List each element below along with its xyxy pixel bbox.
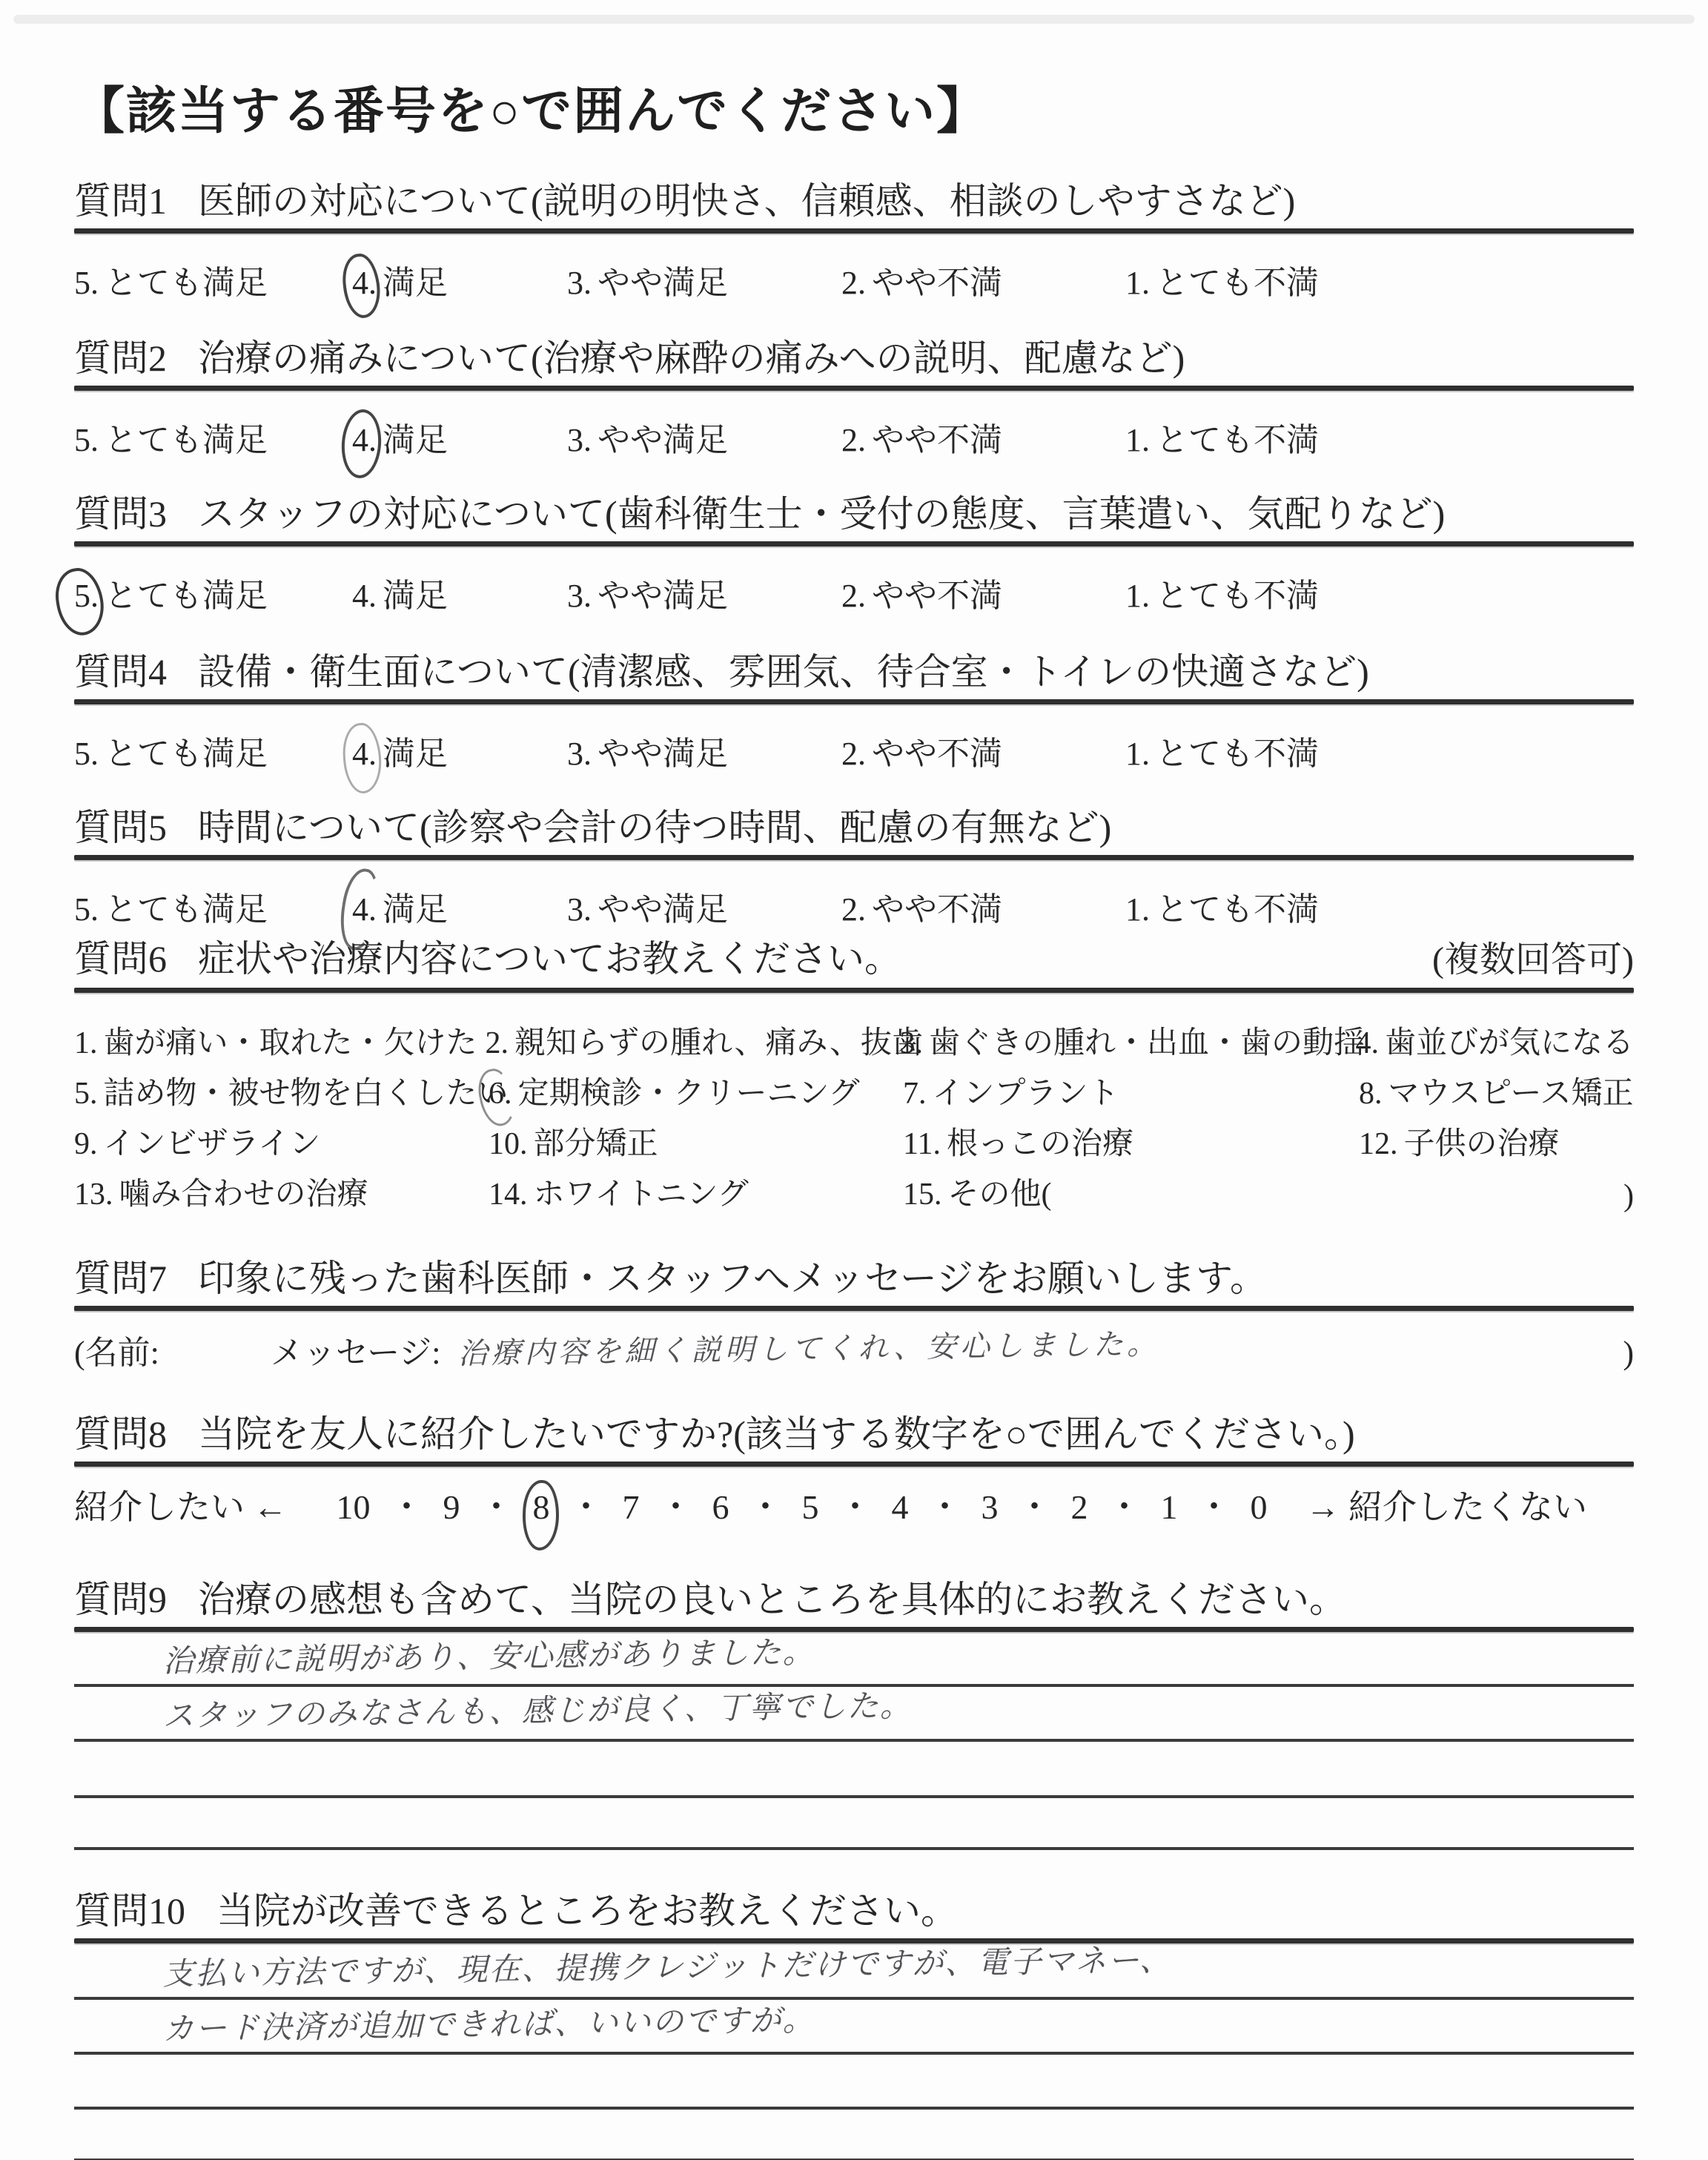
rating-option: 1.とても不満 bbox=[1125, 413, 1319, 460]
header-rule bbox=[74, 988, 1634, 993]
question-text: 時間について(診察や会計の待つ時間、配慮の有無など) bbox=[198, 805, 1111, 851]
option-label: 満足 bbox=[383, 578, 448, 614]
closing-paren: ) bbox=[1623, 1334, 1634, 1372]
nps-dot: ・ bbox=[928, 1480, 962, 1529]
nps-dot: ・ bbox=[569, 1480, 603, 1529]
handwritten-answer: カード決済が追加できれば、いいのですが。 bbox=[73, 1995, 815, 2050]
other-close-paren: ) bbox=[1623, 1178, 1634, 1214]
rating-option: 4.満足 bbox=[352, 569, 567, 616]
question-text: 印象に残った歯科医師・スタッフへメッセージをお願いします。 bbox=[198, 1255, 1267, 1301]
question-header: 質問5 時間について(診察や会計の待つ時間、配慮の有無など) bbox=[74, 805, 1634, 851]
header-rule bbox=[74, 1627, 1634, 1632]
rating-option: 4.満足 bbox=[352, 256, 567, 303]
item-number: 7. bbox=[903, 1077, 927, 1111]
rating-option: 3.やや満足 bbox=[567, 569, 841, 616]
option-number: 3. bbox=[567, 736, 592, 772]
option-label: 満足 bbox=[383, 891, 448, 928]
rating-option: 5.とても満足 bbox=[74, 413, 352, 460]
option-label: やや満足 bbox=[598, 891, 728, 928]
question-label: 質問6 bbox=[74, 936, 167, 982]
option-label: とても不満 bbox=[1156, 265, 1319, 301]
option-label: とても満足 bbox=[105, 578, 268, 614]
question-text: 治療の痛みについて(治療や麻酔の痛みへの説明、配慮など) bbox=[198, 335, 1185, 381]
option-label: やや満足 bbox=[598, 578, 728, 614]
option-label: 満足 bbox=[383, 736, 448, 772]
message-row: (名前: メッセージ: 治療内容を細く説明してくれ、安心しました。 ) bbox=[74, 1311, 1634, 1374]
header-rule bbox=[74, 855, 1634, 860]
option-number: 2. bbox=[841, 422, 866, 458]
rating-option: 1.とても不満 bbox=[1125, 727, 1319, 774]
selection-circle: 4. bbox=[352, 264, 377, 302]
rating-option: 3.やや満足 bbox=[567, 727, 841, 774]
header-rule bbox=[74, 1462, 1634, 1467]
option-label: とても不満 bbox=[1156, 736, 1319, 772]
symptom-item: 7.インプラント bbox=[903, 1069, 1359, 1113]
header-rule bbox=[74, 541, 1634, 546]
selection-circle: 6. bbox=[489, 1076, 512, 1112]
question-header: 質問4 設備・衛生面について(清潔感、雰囲気、待合室・トイレの快適さなど) bbox=[74, 649, 1634, 695]
rating-option: 2.やや不満 bbox=[841, 727, 1125, 774]
option-number: 3. bbox=[567, 891, 592, 928]
symptom-item: 10.部分矯正 bbox=[489, 1119, 903, 1163]
question-8-block: 質問8 当院を友人に紹介したいですか?(該当する数字を○で囲んでください。) 紹… bbox=[74, 1411, 1634, 1529]
rating-option: 5.とても満足 bbox=[74, 882, 352, 930]
question-label: 質問9 bbox=[74, 1576, 167, 1622]
question-header: 質問2 治療の痛みについて(治療や麻酔の痛みへの説明、配慮など) bbox=[74, 335, 1634, 381]
selection-circle: 4. bbox=[352, 735, 377, 773]
question-header: 質問10 当院が改善できるところをお教えください。 bbox=[74, 1888, 1634, 1934]
message-field-label: メッセージ: bbox=[271, 1326, 441, 1373]
nps-number: 3 bbox=[982, 1487, 999, 1527]
item-number: 5. bbox=[74, 1077, 98, 1111]
item-number: 9. bbox=[74, 1127, 98, 1161]
nps-number: 2 bbox=[1071, 1487, 1088, 1527]
item-label: 子供の治療 bbox=[1404, 1127, 1560, 1161]
item-label: インビザライン bbox=[104, 1127, 321, 1161]
item-number: 10. bbox=[489, 1127, 528, 1161]
item-label: インプラント bbox=[933, 1077, 1119, 1111]
symptom-item: 5.詰め物・被せ物を白くしたい bbox=[74, 1069, 489, 1113]
item-number: 11. bbox=[903, 1127, 941, 1161]
rating-option: 1.とても不満 bbox=[1125, 882, 1319, 930]
rating-option: 3.やや満足 bbox=[567, 256, 841, 303]
option-number: 1. bbox=[1125, 891, 1150, 928]
option-number: 5. bbox=[74, 422, 99, 458]
item-number: 8. bbox=[1359, 1077, 1383, 1111]
scan-artifact-line bbox=[13, 15, 1695, 24]
option-number: 3. bbox=[567, 578, 592, 614]
symptom-row: 5.詰め物・被せ物を白くしたい 6.定期検診・クリーニング 7.インプラント 8… bbox=[74, 1063, 1634, 1113]
option-number: 3. bbox=[567, 265, 592, 301]
option-label: とても満足 bbox=[105, 265, 268, 301]
nps-number: 4 bbox=[892, 1487, 909, 1527]
option-number: 2. bbox=[841, 265, 866, 301]
question-text: 当院が改善できるところをお教えください。 bbox=[216, 1888, 958, 1934]
rating-option: 2.やや不満 bbox=[841, 413, 1125, 460]
rating-options-row: 5.とても満足 4.満足 3.やや満足 2.やや不満 1.とても不満 bbox=[74, 546, 1634, 616]
symptom-row: 1.歯が痛い・取れた・欠けた 2.親知らずの腫れ、痛み、抜歯 3.歯ぐきの腫れ・… bbox=[74, 1012, 1634, 1063]
option-label: やや不満 bbox=[872, 578, 1002, 614]
option-label: とても満足 bbox=[105, 422, 268, 458]
rating-option: 4.満足 bbox=[352, 413, 567, 460]
question-header: 質問8 当院を友人に紹介したいですか?(該当する数字を○で囲んでください。) bbox=[74, 1411, 1634, 1457]
nps-dot: ・ bbox=[838, 1480, 873, 1529]
answer-line: 支払い方法ですが、現在、提携クレジットだけですが、電子マネー、 bbox=[74, 1943, 1634, 2000]
item-label: 部分矯正 bbox=[534, 1127, 658, 1161]
question-text: 設備・衛生面について(清潔感、雰囲気、待合室・トイレの快適さなど) bbox=[198, 649, 1369, 695]
nps-number: 7 bbox=[623, 1487, 640, 1527]
option-number: 1. bbox=[1125, 578, 1150, 614]
item-label: 親知らずの腫れ、痛み、抜歯 bbox=[514, 1026, 923, 1060]
question-10-block: 質問10 当院が改善できるところをお教えください。 支払い方法ですが、現在、提携… bbox=[74, 1888, 1634, 2160]
question-label: 質問3 bbox=[74, 491, 167, 537]
option-label: 満足 bbox=[383, 265, 448, 301]
nps-dot: ・ bbox=[1108, 1480, 1142, 1529]
item-number: 1. bbox=[74, 1026, 98, 1060]
selection-circle: 5. bbox=[74, 577, 99, 615]
item-number: 13. bbox=[74, 1178, 113, 1212]
answer-line bbox=[74, 2110, 1634, 2160]
survey-page: 【該当する番号を○で囲んでください】 質問1 医師の対応について(説明の明快さ、… bbox=[0, 0, 1708, 2160]
nps-number: 9 bbox=[443, 1487, 460, 1527]
question-7-block: 質問7 印象に残った歯科医師・スタッフへメッセージをお願いします。 (名前: メ… bbox=[74, 1255, 1634, 1374]
header-rule bbox=[74, 699, 1634, 704]
symptom-item: 8.マウスピース矯正 bbox=[1359, 1069, 1633, 1113]
nps-dot: ・ bbox=[1197, 1480, 1231, 1529]
symptom-item: 2.親知らずの腫れ、痛み、抜歯 bbox=[485, 1018, 899, 1063]
symptom-row: 9.インビザライン 10.部分矯正 11.根っこの治療 12.子供の治療 bbox=[74, 1113, 1634, 1163]
rating-option: 1.とても不満 bbox=[1125, 256, 1319, 303]
nps-number: 1 bbox=[1161, 1487, 1178, 1527]
nps-dot: ・ bbox=[659, 1480, 693, 1529]
option-label: やや満足 bbox=[598, 422, 728, 458]
option-label: やや不満 bbox=[872, 891, 1002, 928]
question-text: 医師の対応について(説明の明快さ、信頼感、相談のしやすさなど) bbox=[198, 178, 1295, 224]
answer-line bbox=[74, 1798, 1634, 1850]
option-label: とても満足 bbox=[105, 891, 268, 928]
item-number: 3. bbox=[899, 1026, 923, 1060]
question-2-block: 質問2 治療の痛みについて(治療や麻酔の痛みへの説明、配慮など) 5.とても満足… bbox=[74, 335, 1634, 460]
option-number: 5. bbox=[74, 265, 99, 301]
nps-dot: ・ bbox=[480, 1480, 514, 1529]
option-label: やや不満 bbox=[872, 736, 1002, 772]
symptom-item: 15.その他( bbox=[903, 1169, 1359, 1214]
option-label: とても不満 bbox=[1156, 578, 1319, 614]
question-6-block: 質問6 症状や治療内容についてお教えください。 (複数回答可) 1.歯が痛い・取… bbox=[74, 936, 1634, 1214]
option-label: やや満足 bbox=[598, 265, 728, 301]
question-label: 質問10 bbox=[74, 1888, 185, 1934]
option-label: やや満足 bbox=[598, 736, 728, 772]
answer-line: 治療前に説明があり、安心感がありました。 bbox=[74, 1632, 1634, 1687]
rating-option: 2.やや不満 bbox=[841, 569, 1125, 616]
symptom-item: 14.ホワイトニング bbox=[489, 1169, 903, 1214]
symptom-item: 9.インビザライン bbox=[74, 1119, 489, 1163]
nps-number: 10 bbox=[337, 1487, 371, 1527]
answer-line bbox=[74, 1742, 1634, 1798]
nps-scale: 紹介したい ← 10 ・ 9 ・ 8 ・ 7 ・ 6 ・ 5 ・ 4 ・ 3 ・… bbox=[74, 1467, 1634, 1529]
handwritten-answer: 治療前に説明があり、安心感がありました。 bbox=[73, 1628, 815, 1682]
item-label: ホワイトニング bbox=[534, 1178, 749, 1212]
question-header: 質問7 印象に残った歯科医師・スタッフへメッセージをお願いします。 bbox=[74, 1255, 1634, 1301]
handwritten-message: 治療内容を細く説明してくれ、安心しました。 bbox=[458, 1321, 1161, 1373]
selection-circle: 4. bbox=[352, 421, 377, 459]
option-number: 1. bbox=[1125, 736, 1150, 772]
symptom-item: 13.噛み合わせの治療 bbox=[74, 1169, 489, 1214]
nps-number: 6 bbox=[712, 1487, 729, 1527]
question-9-block: 質問9 治療の感想も含めて、当院の良いところを具体的にお教えください。 治療前に… bbox=[74, 1576, 1634, 1850]
question-5-block: 質問5 時間について(診察や会計の待つ時間、配慮の有無など) 5.とても満足 4… bbox=[74, 805, 1634, 930]
question-header: 質問9 治療の感想も含めて、当院の良いところを具体的にお教えください。 bbox=[74, 1576, 1634, 1622]
rating-options-row: 5.とても満足 4.満足 3.やや満足 2.やや不満 1.とても不満 bbox=[74, 860, 1634, 930]
answer-line bbox=[74, 2055, 1634, 2110]
item-label: 詰め物・被せ物を白くしたい bbox=[104, 1077, 509, 1111]
question-1-block: 質問1 医師の対応について(説明の明快さ、信頼感、相談のしやすさなど) 5.とて… bbox=[74, 178, 1634, 303]
nps-left-label: 紹介したい ← bbox=[74, 1480, 288, 1529]
item-number: 2. bbox=[485, 1026, 509, 1060]
symptom-items: 1.歯が痛い・取れた・欠けた 2.親知らずの腫れ、痛み、抜歯 3.歯ぐきの腫れ・… bbox=[74, 993, 1634, 1214]
option-label: やや不満 bbox=[872, 265, 1002, 301]
header-rule bbox=[74, 228, 1634, 234]
symptom-item: 6.定期検診・クリーニング bbox=[489, 1069, 903, 1113]
item-label: 歯ぐきの腫れ・出血・歯の動揺 bbox=[929, 1026, 1365, 1060]
item-label: 定期検診・クリーニング bbox=[518, 1077, 860, 1111]
handwritten-answer: スタッフのみなさんも、感じが良く、丁寧でした。 bbox=[73, 1681, 913, 1737]
question-text: 当院を友人に紹介したいですか?(該当する数字を○で囲んでください。) bbox=[198, 1411, 1355, 1457]
question-text: スタッフの対応について(歯科衛生士・受付の態度、言葉遣い、気配りなど) bbox=[198, 491, 1445, 537]
question-header: 質問6 症状や治療内容についてお教えください。 (複数回答可) bbox=[74, 936, 1634, 983]
rating-option: 3.やや満足 bbox=[567, 882, 841, 930]
item-label: 噛み合わせの治療 bbox=[119, 1178, 368, 1212]
option-number: 4. bbox=[352, 578, 377, 614]
option-number: 1. bbox=[1125, 265, 1150, 301]
rating-option: 2.やや不満 bbox=[841, 256, 1125, 303]
page-title: 【該当する番号を○で囲んでください】 bbox=[74, 71, 1634, 143]
item-number: 12. bbox=[1359, 1127, 1398, 1161]
question-label: 質問1 bbox=[74, 178, 167, 224]
rating-option: 2.やや不満 bbox=[841, 882, 1125, 930]
item-label: 歯並びが気になる bbox=[1385, 1026, 1634, 1060]
header-rule bbox=[74, 1306, 1634, 1311]
item-number: 15. bbox=[903, 1178, 942, 1212]
symptom-row: 13.噛み合わせの治療 14.ホワイトニング 15.その他( ) bbox=[74, 1163, 1634, 1214]
item-label: マウスピース矯正 bbox=[1388, 1077, 1634, 1111]
answer-line: カード決済が追加できれば、いいのですが。 bbox=[74, 2000, 1634, 2055]
question-label: 質問4 bbox=[74, 649, 167, 695]
question-text: 症状や治療内容についてお教えください。 bbox=[198, 936, 901, 982]
selection-circle: 4. bbox=[352, 891, 377, 928]
handwritten-answer: 支払い方法ですが、現在、提携クレジットだけですが、電子マネー、 bbox=[73, 1935, 1172, 1995]
item-number: 14. bbox=[489, 1178, 528, 1212]
nps-dot: ・ bbox=[1018, 1480, 1052, 1529]
option-number: 5. bbox=[74, 736, 99, 772]
option-number: 5. bbox=[74, 891, 99, 928]
question-3-block: 質問3 スタッフの対応について(歯科衛生士・受付の態度、言葉遣い、気配りなど) … bbox=[74, 491, 1634, 616]
name-field-label: (名前: bbox=[74, 1326, 159, 1373]
item-label: 根っこの治療 bbox=[947, 1127, 1133, 1161]
rating-option: 5.とても満足 bbox=[74, 727, 352, 774]
rating-options-row: 5.とても満足 4.満足 3.やや満足 2.やや不満 1.とても不満 bbox=[74, 234, 1634, 303]
rating-option: 1.とても不満 bbox=[1125, 569, 1319, 616]
question-text: 治療の感想も含めて、当院の良いところを具体的にお教えください。 bbox=[198, 1576, 1346, 1622]
question-4-block: 質問4 設備・衛生面について(清潔感、雰囲気、待合室・トイレの快適さなど) 5.… bbox=[74, 649, 1634, 774]
nps-right-label: → 紹介したくない bbox=[1306, 1480, 1588, 1529]
rating-options-row: 5.とても満足 4.満足 3.やや満足 2.やや不満 1.とても不満 bbox=[74, 704, 1634, 774]
rating-option: 4.満足 bbox=[352, 727, 567, 774]
option-label: とても満足 bbox=[105, 736, 268, 772]
header-rule bbox=[74, 386, 1634, 391]
rating-options-row: 5.とても満足 4.満足 3.やや満足 2.やや不満 1.とても不満 bbox=[74, 391, 1634, 460]
rating-option: 5.とても満足 bbox=[74, 256, 352, 303]
option-label: とても不満 bbox=[1156, 422, 1319, 458]
question-label: 質問5 bbox=[74, 805, 167, 851]
option-number: 1. bbox=[1125, 422, 1150, 458]
question-header: 質問3 スタッフの対応について(歯科衛生士・受付の態度、言葉遣い、気配りなど) bbox=[74, 491, 1634, 537]
option-label: 満足 bbox=[383, 422, 448, 458]
symptom-item: 11.根っこの治療 bbox=[903, 1119, 1359, 1163]
item-label: 歯が痛い・取れた・欠けた bbox=[104, 1026, 477, 1060]
nps-number: 5 bbox=[802, 1487, 819, 1527]
item-number: 4. bbox=[1355, 1026, 1379, 1060]
selection-circle: 8 bbox=[533, 1487, 550, 1527]
option-label: やや不満 bbox=[872, 422, 1002, 458]
nps-number: 0 bbox=[1251, 1487, 1268, 1527]
question-label: 質問7 bbox=[74, 1255, 167, 1301]
question-header: 質問1 医師の対応について(説明の明快さ、信頼感、相談のしやすさなど) bbox=[74, 178, 1634, 224]
question-label: 質問8 bbox=[74, 1411, 167, 1457]
option-label: とても不満 bbox=[1156, 891, 1319, 928]
rating-option: 5.とても満足 bbox=[74, 569, 352, 616]
nps-dot: ・ bbox=[390, 1480, 424, 1529]
rating-option: 4.満足 bbox=[352, 882, 567, 930]
symptom-item: 1.歯が痛い・取れた・欠けた bbox=[74, 1018, 485, 1063]
item-label: その他( bbox=[948, 1178, 1052, 1212]
symptom-item: 12.子供の治療 bbox=[1359, 1119, 1560, 1163]
rating-option: 3.やや満足 bbox=[567, 413, 841, 460]
option-number: 3. bbox=[567, 422, 592, 458]
option-number: 2. bbox=[841, 578, 866, 614]
option-number: 2. bbox=[841, 736, 866, 772]
option-number: 2. bbox=[841, 891, 866, 928]
symptom-item: 3.歯ぐきの腫れ・出血・歯の動揺 bbox=[899, 1018, 1355, 1063]
multiple-answers-note: (複数回答可) bbox=[1432, 937, 1634, 983]
question-label: 質問2 bbox=[74, 335, 167, 381]
answer-line: スタッフのみなさんも、感じが良く、丁寧でした。 bbox=[74, 1687, 1634, 1742]
symptom-item: 4.歯並びが気になる bbox=[1355, 1018, 1634, 1063]
nps-dot: ・ bbox=[749, 1480, 783, 1529]
